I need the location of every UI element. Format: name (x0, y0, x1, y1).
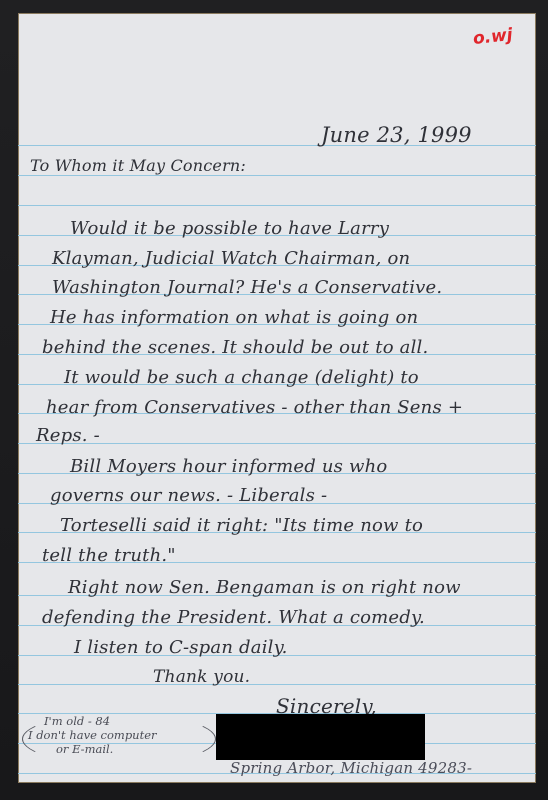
body-line: Torteselli said it right: "Its time now … (60, 517, 423, 535)
address-line: Spring Arbor, Michigan 49283- (230, 761, 472, 776)
letter-salutation: To Whom it May Concern: (30, 158, 246, 174)
body-line: behind the scenes. It should be out to a… (42, 339, 428, 357)
body-line: tell the truth." (42, 547, 176, 565)
letter-date: June 23, 1999 (321, 125, 472, 146)
body-line: I listen to C-span daily. (74, 639, 288, 657)
rule-line (18, 175, 536, 176)
body-line: Bill Moyers hour informed us who (70, 458, 387, 476)
body-line: He has information on what is going on (50, 309, 418, 327)
body-line: Would it be possible to have Larry (70, 220, 389, 238)
side-note-line: or E-mail. (56, 742, 113, 756)
body-line: governs our news. - Liberals - (50, 487, 327, 505)
redacted-signature (216, 714, 425, 760)
body-line: Washington Journal? He's a Conservative. (52, 279, 442, 297)
red-annotation-mark: o.wj (472, 25, 514, 49)
body-line: hear from Conservatives - other than Sen… (46, 399, 463, 417)
body-line: Right now Sen. Bengaman is on right now (68, 579, 461, 597)
rule-line (18, 205, 536, 206)
body-line: Reps. - (36, 427, 100, 445)
closing-sincerely: Sincerely, (276, 696, 377, 716)
body-line: Klayman, Judicial Watch Chairman, on (52, 250, 410, 268)
side-note-line: I'm old - 84 (44, 714, 110, 728)
body-line: defending the President. What a comedy. (42, 609, 425, 627)
closing-thanks: Thank you. (153, 669, 250, 686)
letter-page: o.wj June 23, 1999 To Whom it May Concer… (18, 13, 536, 783)
rule-line (18, 684, 536, 685)
body-line: It would be such a change (delight) to (64, 369, 419, 387)
side-note-line: I don't have computer (28, 728, 157, 742)
